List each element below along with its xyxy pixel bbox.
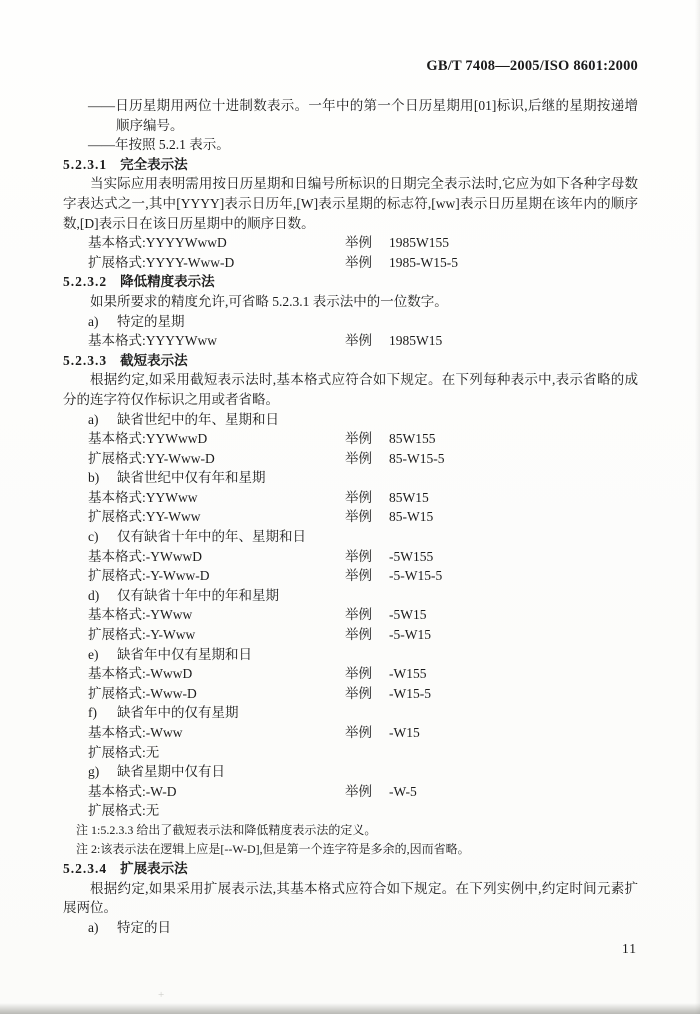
example-label: 举例: [345, 684, 372, 704]
format-row: 基本格式:-WwwD举例-W155: [63, 664, 638, 684]
lettered-list-item: c)仅有缺省十年中的年、星期和日: [63, 527, 638, 547]
format-definition: 扩展格式:-Y-Www: [88, 625, 345, 645]
lettered-list-item: d)仅有缺省十年中的年和星期: [63, 586, 638, 606]
item-letter: f): [88, 703, 117, 723]
section-title: 扩展表示法: [120, 861, 188, 876]
document-page: GB/T 7408—2005/ISO 8601:2000 ——日历星期用两位十进…: [0, 0, 700, 1014]
note: 注 2:该表示法在逻辑上应是[--W-D],但是第一个连字符是多余的,因而省略。: [63, 840, 638, 859]
example-value: -5W155: [389, 547, 433, 567]
format-definition: 基本格式:YYYYWww: [88, 331, 345, 351]
item-letter: a): [88, 918, 117, 938]
item-text: 仅有缺省十年中的年和星期: [117, 588, 279, 603]
example-value: 85-W15: [389, 507, 433, 527]
item-text: 特定的日: [117, 920, 171, 935]
item-letter: g): [88, 762, 117, 782]
section-number: 5.2.3.1: [63, 155, 107, 175]
format-row: 扩展格式:YYYY-Www-D举例1985-W15-5: [63, 253, 638, 273]
item-letter: a): [88, 410, 117, 430]
item-text: 缺省星期中仅有日: [117, 764, 225, 779]
format-row: 扩展格式:YY-Www举例85-W15: [63, 507, 638, 527]
example-value: -5-W15: [389, 625, 431, 645]
example-value: 1985W155: [389, 233, 449, 253]
note: 注 1:5.2.3.3 给出了截短表示法和降低精度表示法的定义。: [63, 821, 638, 840]
item-letter: e): [88, 645, 117, 665]
example-value: -5W15: [389, 605, 427, 625]
format-row: 扩展格式:-Y-Www举例-5-W15: [63, 625, 638, 645]
document-blocks: ——日历星期用两位十进制数表示。一年中的第一个日历星期用[01]标识,后继的星期…: [63, 96, 638, 937]
format-row: 基本格式:-YWww举例-5W15: [63, 605, 638, 625]
section-title: 完全表示法: [120, 157, 188, 172]
section-number: 5.2.3.3: [63, 351, 107, 371]
example-label: 举例: [345, 488, 372, 508]
format-definition: 基本格式:-WwwD: [88, 664, 345, 684]
item-text: 仅有缺省十年中的年、星期和日: [117, 529, 306, 544]
example-label: 举例: [345, 253, 372, 273]
format-definition: 基本格式:YYWww: [88, 488, 345, 508]
lettered-list-item: e)缺省年中仅有星期和日: [63, 645, 638, 665]
item-text: 特定的星期: [117, 314, 185, 329]
scan-bottom-edge-shading: [0, 1003, 700, 1014]
example-label: 举例: [345, 625, 372, 645]
item-text: 缺省世纪中仅有年和星期: [117, 470, 266, 485]
format-definition: 基本格式:YYYYWwwD: [88, 233, 345, 253]
example-value: -W15-5: [389, 684, 431, 704]
dash-list-item: ——年按照 5.2.1 表示。: [63, 135, 638, 155]
example-label: 举例: [345, 723, 372, 743]
format-row: 扩展格式:无: [63, 801, 638, 821]
paragraph: 根据约定,如采用截短表示法时,基本格式应符合如下规定。在下列每种表示中,表示省略…: [63, 370, 638, 409]
paragraph: 当实际应用表明需用按日历星期和日编号所标识的日期完全表示法时,它应为如下各种字母…: [63, 174, 638, 233]
page-number: 11: [622, 941, 637, 957]
example-label: 举例: [345, 547, 372, 567]
lettered-list-item: f)缺省年中的仅有星期: [63, 703, 638, 723]
item-letter: c): [88, 527, 117, 547]
example-value: -W15: [389, 723, 420, 743]
lettered-list-item: a)特定的星期: [63, 312, 638, 332]
section-title: 截短表示法: [120, 353, 188, 368]
section-number: 5.2.3.4: [63, 859, 107, 879]
section-heading: 5.2.3.1完全表示法: [63, 155, 638, 175]
lettered-list-item: b)缺省世纪中仅有年和星期: [63, 468, 638, 488]
format-row: 基本格式:-Www举例-W15: [63, 723, 638, 743]
lettered-list-item: g)缺省星期中仅有日: [63, 762, 638, 782]
item-letter: d): [88, 586, 117, 606]
scan-artifact-mark: +: [158, 989, 164, 1001]
example-value: -W-5: [389, 782, 417, 802]
format-definition: 扩展格式:-Www-D: [88, 684, 345, 704]
example-label: 举例: [345, 664, 372, 684]
format-definition: 基本格式:YYWwwD: [88, 429, 345, 449]
example-label: 举例: [345, 449, 372, 469]
example-label: 举例: [345, 566, 372, 586]
format-definition: 扩展格式:YY-Www: [88, 507, 345, 527]
example-label: 举例: [345, 331, 372, 351]
format-row: 基本格式:YYYYWwwD举例1985W155: [63, 233, 638, 253]
example-label: 举例: [345, 507, 372, 527]
example-value: 85W155: [389, 429, 436, 449]
example-value: -5-W15-5: [389, 566, 442, 586]
document-code: GB/T 7408—2005/ISO 8601:2000: [426, 58, 638, 75]
dash-list-item: ——日历星期用两位十进制数表示。一年中的第一个日历星期用[01]标识,后继的星期…: [63, 96, 638, 135]
scan-right-edge-shading: [695, 0, 700, 1014]
example-label: 举例: [345, 233, 372, 253]
example-label: 举例: [345, 782, 372, 802]
section-number: 5.2.3.2: [63, 272, 107, 292]
example-value: 85W15: [389, 488, 429, 508]
section-heading: 5.2.3.2降低精度表示法: [63, 272, 638, 292]
example-label: 举例: [345, 429, 372, 449]
format-row: 基本格式:YYWww举例85W15: [63, 488, 638, 508]
section-heading: 5.2.3.4扩展表示法: [63, 859, 638, 879]
format-definition: 扩展格式:-Y-Www-D: [88, 566, 345, 586]
format-row: 基本格式:YYWwwD举例85W155: [63, 429, 638, 449]
example-value: 1985W15: [389, 331, 442, 351]
format-row: 基本格式:YYYYWww举例1985W15: [63, 331, 638, 351]
format-definition: 基本格式:-YWww: [88, 605, 345, 625]
example-value: 1985-W15-5: [389, 253, 458, 273]
format-definition: 基本格式:-YWwwD: [88, 547, 345, 567]
section-title: 降低精度表示法: [120, 274, 215, 289]
example-label: 举例: [345, 605, 372, 625]
format-row: 基本格式:-W-D举例-W-5: [63, 782, 638, 802]
paragraph: 根据约定,如果采用扩展表示法,其基本格式应符合如下规定。在下列实例中,约定时间元…: [63, 879, 638, 918]
item-text: 缺省世纪中的年、星期和日: [117, 412, 279, 427]
lettered-list-item: a)缺省世纪中的年、星期和日: [63, 410, 638, 430]
format-definition: 扩展格式:无: [88, 801, 345, 821]
format-definition: 基本格式:-W-D: [88, 782, 345, 802]
format-row: 扩展格式:无: [63, 743, 638, 763]
lettered-list-item: a)特定的日: [63, 918, 638, 938]
format-definition: 基本格式:-Www: [88, 723, 345, 743]
item-text: 缺省年中仅有星期和日: [117, 647, 252, 662]
item-letter: a): [88, 312, 117, 332]
section-heading: 5.2.3.3截短表示法: [63, 351, 638, 371]
item-text: 缺省年中的仅有星期: [117, 705, 239, 720]
format-definition: 扩展格式:YY-Www-D: [88, 449, 345, 469]
format-row: 扩展格式:YY-Www-D举例85-W15-5: [63, 449, 638, 469]
format-definition: 扩展格式:YYYY-Www-D: [88, 253, 345, 273]
paragraph: 如果所要求的精度允许,可省略 5.2.3.1 表示法中的一位数字。: [63, 292, 638, 312]
example-value: -W155: [389, 664, 427, 684]
format-row: 扩展格式:-Y-Www-D举例-5-W15-5: [63, 566, 638, 586]
format-row: 扩展格式:-Www-D举例-W15-5: [63, 684, 638, 704]
format-row: 基本格式:-YWwwD举例-5W155: [63, 547, 638, 567]
format-definition: 扩展格式:无: [88, 743, 345, 763]
item-letter: b): [88, 468, 117, 488]
example-value: 85-W15-5: [389, 449, 444, 469]
